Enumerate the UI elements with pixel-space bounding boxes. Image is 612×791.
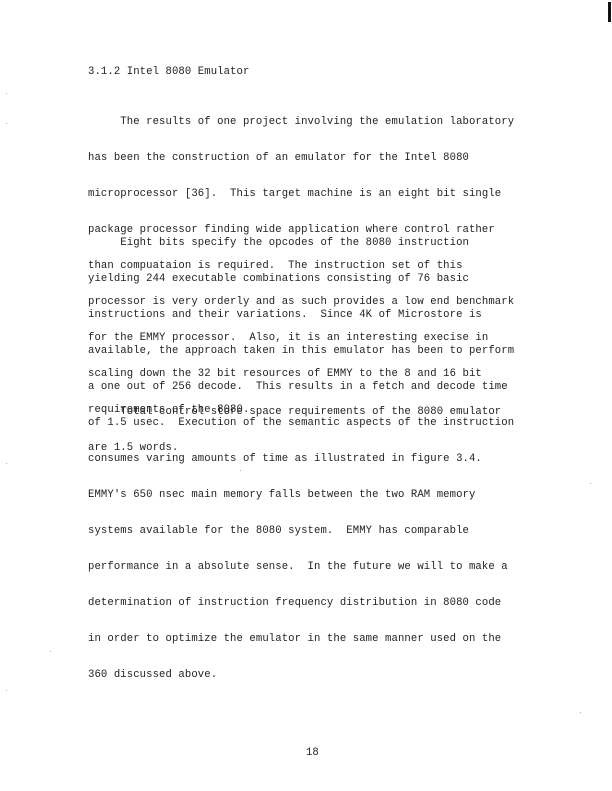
scan-speck	[6, 690, 7, 691]
text-line: EMMY's 650 nsec main memory falls betwee…	[88, 489, 514, 501]
text-line: yielding 244 executable combinations con…	[88, 273, 514, 285]
scan-edge-mark	[608, 2, 611, 22]
text-line: The results of one project involving the…	[88, 116, 514, 128]
text-line: has been the construction of an emulator…	[88, 152, 514, 164]
text-line: 360 discussed above.	[88, 669, 514, 681]
text-line: instructions and their variations. Since…	[88, 309, 514, 321]
scan-speck	[6, 463, 7, 464]
scan-speck	[580, 712, 581, 713]
text-line: determination of instruction frequency d…	[88, 597, 514, 609]
text-line: in order to optimize the emulator in the…	[88, 633, 514, 645]
scan-speck	[50, 651, 51, 652]
text-line: Total control store space requirements o…	[88, 406, 501, 418]
text-line: performance in a absolute sense. In the …	[88, 561, 514, 573]
text-line: are 1.5 words.	[88, 442, 501, 454]
text-line: microprocessor [36]. This target machine…	[88, 188, 514, 200]
document-page: 3.1.2 Intel 8080 Emulator The results of…	[0, 0, 612, 791]
section-heading: 3.1.2 Intel 8080 Emulator	[88, 66, 249, 78]
paragraph-control-store: Total control store space requirements o…	[88, 382, 501, 478]
text-line: available, the approach taken in this em…	[88, 345, 514, 357]
scan-speck	[240, 470, 241, 471]
scan-speck	[590, 483, 591, 484]
scan-speck	[6, 123, 7, 124]
text-line: systems available for the 8080 system. E…	[88, 525, 514, 537]
text-line: Eight bits specify the opcodes of the 80…	[88, 237, 514, 249]
scan-speck	[6, 93, 7, 94]
page-number: 18	[306, 747, 319, 759]
